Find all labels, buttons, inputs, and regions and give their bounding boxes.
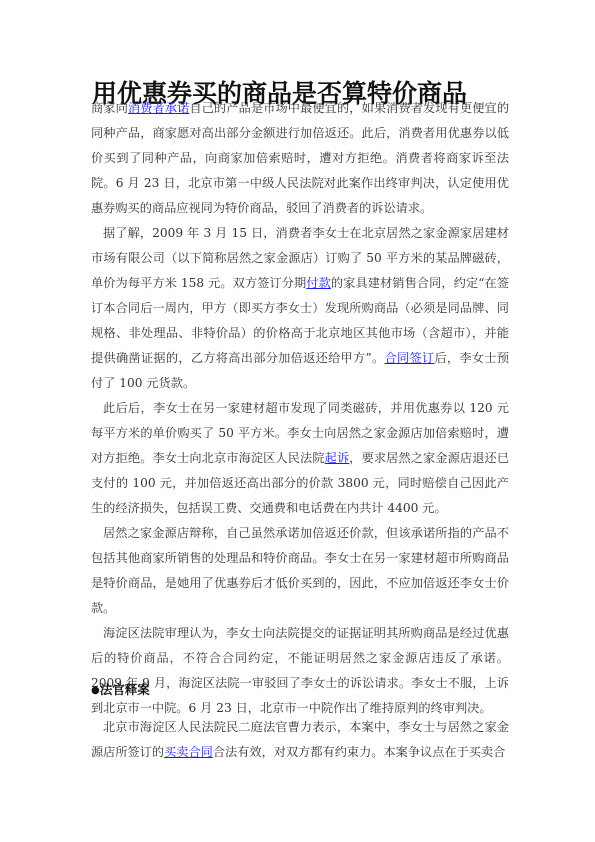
section-heading: ●法官释案 [91, 680, 150, 698]
section-paragraph: 北京市海淀区人民法院民二庭法官曹力表示，本案中，李女士与居然之家金源店所签订的买… [91, 715, 509, 765]
section-body: 北京市海淀区人民法院民二庭法官曹力表示，本案中，李女士与居然之家金源店所签订的买… [91, 715, 509, 765]
text-span: 海淀区法院审理认为，李女士向法院提交的证据证明其所购商品是经过优惠后的特价商品，… [91, 626, 509, 715]
link-contract-signing[interactable]: 合同签订 [385, 351, 435, 365]
text-span: 居然之家金源店辩称，自己虽然承诺加倍返还价款，但该承诺所指的产品不包括其他商家所… [91, 526, 509, 615]
bullet-icon: ● [91, 685, 100, 696]
paragraph-1: 商家向消费者承诺自己的产品是市场中最便宜的，如果消费者发现有更便宜的同种产品，商… [91, 96, 509, 221]
paragraph-2: 据了解，2009 年 3 月 15 日，消费者李女士在北京居然之家金源家居建材市… [91, 221, 509, 396]
text-span: 合法有效，对双方都有约束力。本案争议点在于买卖合 [213, 745, 506, 759]
text-span: 商家向 [91, 101, 128, 115]
section-heading-label: 法官释案 [100, 682, 150, 697]
link-consumer-promise[interactable]: 消费者承诺 [128, 101, 190, 115]
link-payment[interactable]: 付款 [306, 276, 331, 290]
link-lawsuit[interactable]: 起诉 [325, 451, 350, 465]
article-body: 商家向消费者承诺自己的产品是市场中最便宜的，如果消费者发现有更便宜的同种产品，商… [91, 96, 509, 721]
text-span: 自己的产品是市场中最便宜的，如果消费者发现有更便宜的同种产品，商家愿对高出部分金… [91, 101, 509, 215]
paragraph-3: 此后后，李女士在另一家建材超市发现了同类磁砖，并用优惠券以 120 元每平方米的… [91, 396, 509, 521]
paragraph-5: 海淀区法院审理认为，李女士向法院提交的证据证明其所购商品是经过优惠后的特价商品，… [91, 621, 509, 721]
link-sales-contract[interactable]: 买卖合同 [164, 745, 213, 759]
document-page: 用优惠券买的商品是否算特价商品 商家向消费者承诺自己的产品是市场中最便宜的，如果… [0, 0, 595, 842]
paragraph-4: 居然之家金源店辩称，自己虽然承诺加倍返还价款，但该承诺所指的产品不包括其他商家所… [91, 521, 509, 621]
